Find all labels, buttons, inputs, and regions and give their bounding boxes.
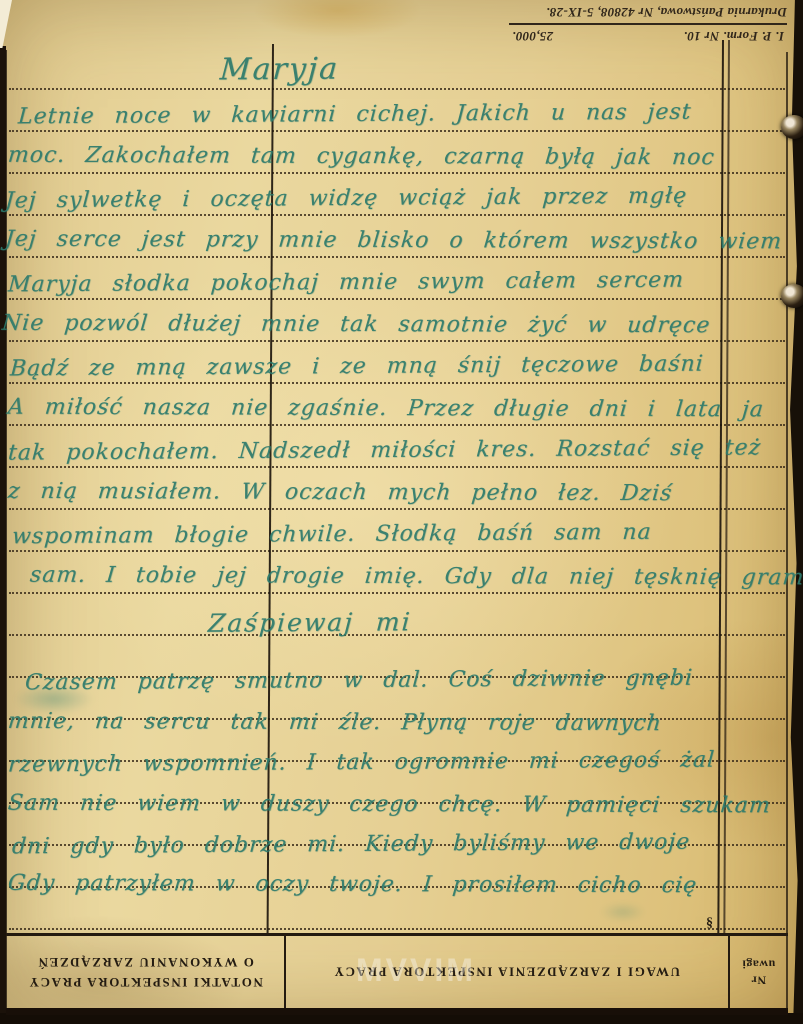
dotted-rule (9, 466, 785, 468)
dotted-rule (9, 256, 785, 258)
print-run-count: 25,000. (512, 28, 553, 44)
footer-nr-label: Nr (742, 972, 775, 988)
footer-notatki-cell: NOTATKI INSPEKTORA PRACY O WYKONANIU ZAR… (6, 936, 284, 1008)
song-title-maryja: Maryja (219, 52, 340, 88)
page-edge-rule (786, 52, 788, 1008)
handwritten-line: Jej serce jest przy mnie blisko o którem… (4, 227, 783, 255)
handwritten-line: Bądź ze mną zawsze i ze mną śnij tęczowe… (9, 352, 704, 382)
footer-uwagi-word: uwagi (742, 956, 775, 972)
footer-notatki-line1: NOTATKI INSPEKTORA PRACY (28, 972, 263, 992)
archive-watermark: MVVIM (356, 952, 476, 989)
printed-form-footer: NOTATKI INSPEKTORA PRACY O WYKONANIU ZAR… (6, 933, 788, 1015)
song-title-zaspiewaj-mi: Zaśpiewaj mi (207, 607, 412, 637)
binding-grommet (781, 115, 803, 139)
handwritten-line: A miłość nasza nie zgaśnie. Przez długie… (7, 395, 765, 423)
dotted-rule (9, 508, 785, 510)
dotted-rule (9, 340, 785, 342)
dotted-rule (9, 550, 785, 552)
dotted-rule (9, 172, 785, 174)
printer-imprint: Drukarnia Państwowa, Nr 42808, 5-IX-28. (403, 4, 787, 23)
handwritten-line: Nie pozwól dłużej mnie tak samotnie żyć … (1, 311, 712, 338)
form-number: I. P. Form. Nr 10. (683, 28, 784, 44)
dotted-rule (9, 928, 785, 930)
handwritten-line: z nią musiałem. W oczach mych pełno łez.… (7, 479, 674, 506)
handwritten-line: Sam nie wiem w duszy czego chcę. W pamię… (7, 791, 772, 819)
form-number-row: I. P. Form. Nr 10. 25,000. (509, 23, 787, 44)
dotted-rule (9, 424, 785, 426)
dotted-rule (9, 214, 785, 216)
footer-uwagi-cell: UWAGI I ZARZĄDZENIA INSPEKTORA PRACY MVV… (284, 936, 728, 1008)
handwritten-line: sam. I tobie jej drogie imię. Gdy dla ni… (29, 563, 803, 591)
dotted-rule (9, 592, 785, 594)
ink-smudge (600, 902, 646, 922)
handwritten-line: Letnie noce w kawiarni cichej. Jakich u … (17, 100, 692, 130)
dotted-rule (9, 298, 785, 300)
handwritten-line: Maryja słodka pokochaj mnie swym całem s… (7, 268, 685, 298)
handwritten-line: rzewnych wspomnień. I tak ogromnie mi cz… (7, 748, 716, 778)
footer-notatki-line2: O WYKONANIU ZARZĄDZEŃ (28, 953, 263, 973)
dotted-rule (9, 130, 785, 132)
footer-nr-uwagi-cell: Nr uwagi (728, 936, 788, 1008)
scanned-document-page: I. P. Form. Nr 10. 25,000. Drukarnia Pań… (0, 0, 803, 1024)
handwritten-line: moc. Zakochałem tam cygankę, czarną byłą… (7, 143, 716, 170)
printed-form-header: I. P. Form. Nr 10. 25,000. Drukarnia Pań… (403, 4, 787, 44)
handwritten-line: dni gdy było dobrze mi. Kiedy byliśmy we… (11, 830, 691, 860)
dotted-rule (9, 88, 785, 90)
section-mark: § (706, 914, 713, 930)
binding-grommet (781, 284, 803, 308)
handwritten-line: Jej sylwetkę i oczęta widzę wciąż jak pr… (4, 184, 688, 214)
dotted-rule (9, 382, 785, 384)
handwritten-line: Czasem patrzę smutno w dal. Coś dziwnie … (24, 666, 694, 696)
handwritten-line: mnie, na sercu tak mi źle. Płyną roje da… (7, 709, 663, 736)
handwritten-line: Gdy patrzyłem w oczy twoje. I prosiłem c… (7, 871, 698, 898)
handwritten-line: wspominam błogie chwile. Słodką baśń sam… (11, 520, 652, 549)
handwritten-line: tak pokochałem. Nadszedł miłości kres. R… (7, 435, 762, 465)
